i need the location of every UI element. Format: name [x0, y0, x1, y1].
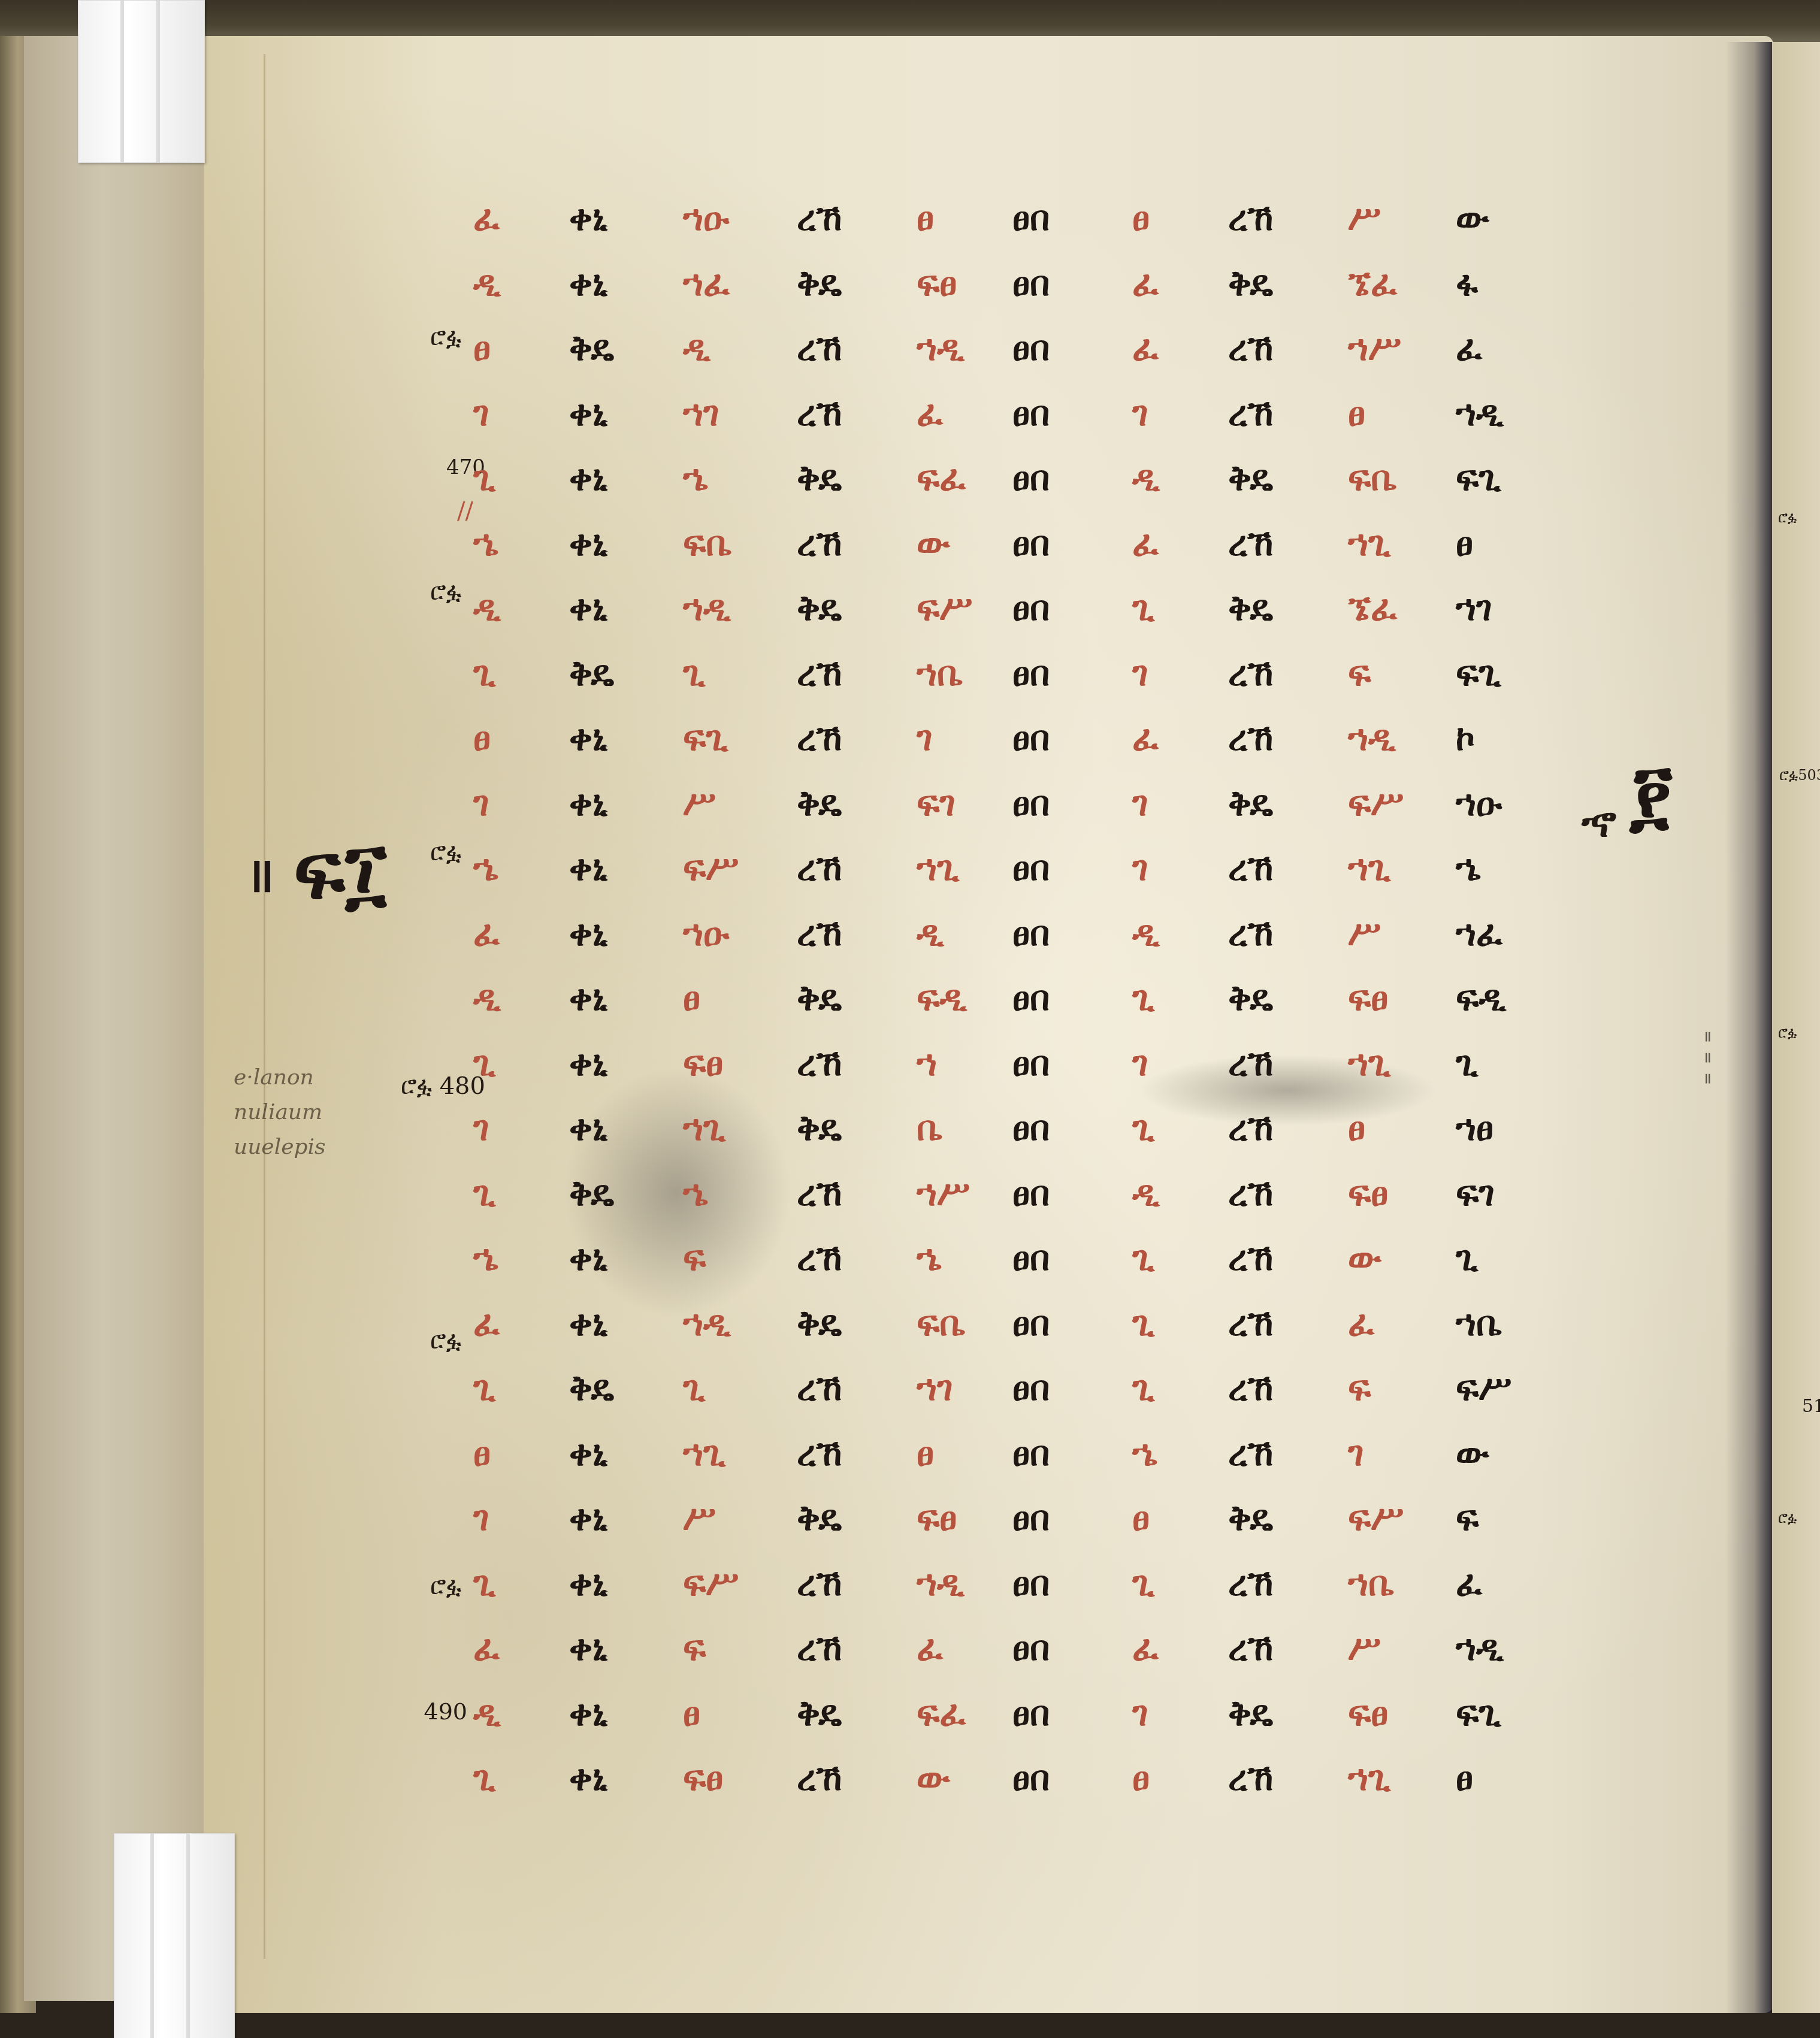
rubric-cell: ኀጊ: [1348, 1046, 1456, 1081]
rubric-cell: ፍፈ: [917, 461, 1012, 495]
black-ink-cell: ቅዴ: [797, 266, 917, 301]
black-ink-cell: ረኸ: [797, 721, 917, 755]
black-ink-cell: ረኸ: [1228, 1436, 1348, 1471]
rubric-cell: ዲ: [1132, 916, 1228, 951]
marginal-note: ሮፏ: [1778, 1024, 1797, 1041]
rubric-cell: ሥ: [683, 1501, 797, 1535]
black-ink-cell: ፍዲ: [1456, 981, 1552, 1015]
rubric-cell: ፀ: [1348, 396, 1456, 431]
black-ink-cell: ረኸ: [1228, 1566, 1348, 1601]
rubric-cell: ዲ: [683, 331, 797, 365]
rubric-cell: ፈ: [1132, 266, 1228, 301]
rubric-cell: ፀ: [917, 1436, 1012, 1471]
black-ink-cell: ፀበ: [1012, 1436, 1132, 1471]
rubric-cell: ፀ: [473, 721, 569, 755]
rubric-cell: ገ: [1348, 1436, 1456, 1471]
rubric-cell: ኄ: [1132, 1436, 1228, 1471]
black-ink-cell: ረኸ: [797, 1241, 917, 1275]
rubric-cell: ኀጊ: [683, 1111, 797, 1145]
table-row: ጊቅዴኄረኸኀሥፀበዲረኸፍፀፍገ: [473, 1161, 1612, 1226]
rubric-cell: ፀ: [473, 1436, 569, 1471]
black-ink-cell: ኀዲ: [1456, 396, 1552, 431]
rubric-cell: ኀዲ: [917, 1566, 1012, 1601]
gutter-shadow: [1725, 42, 1773, 2013]
black-ink-cell: ረኸ: [1228, 721, 1348, 755]
black-ink-cell: ፀበ: [1012, 721, 1132, 755]
rubric-cell: ፍሥ: [1348, 1501, 1456, 1535]
black-ink-cell: ቅዴ: [797, 461, 917, 495]
margin-number: 470: [395, 455, 485, 479]
rubric-cell: ሥ: [1348, 916, 1456, 951]
rubric-cell: ኀፈ: [683, 266, 797, 301]
black-ink-cell: ረኸ: [1228, 526, 1348, 561]
black-ink-cell: ፀበ: [1012, 396, 1132, 431]
black-ink-cell: ፀበ: [1012, 1046, 1132, 1081]
black-ink-cell: ረኸ: [797, 851, 917, 885]
black-ink-cell: ረኸ: [1228, 201, 1348, 235]
table-row: ዲቀኒኀዲቅዴፍሥፀበጊቅዴኜፈኀገ: [473, 576, 1612, 641]
table-row: ገቀኒኀጊቅዴቤፀበጊረኸፀኀፀ: [473, 1096, 1612, 1161]
rubric-cell: ፀ: [1132, 1761, 1228, 1795]
black-ink-cell: ቅዴ: [797, 1306, 917, 1341]
black-ink-cell: ኀፀ: [1456, 1111, 1552, 1145]
table-row: ዲቀኒፀቅዴፍፈፀበገቅዴፍፀፍጊ: [473, 1681, 1612, 1746]
table-row: ጊቀኒኄቅዴፍፈፀበዲቅዴፍቤፍጊ: [473, 446, 1612, 511]
black-ink-cell: ረኸ: [1228, 851, 1348, 885]
black-ink-cell: ቅዴ: [1228, 1501, 1348, 1535]
rubric-cell: ኀጊ: [1348, 851, 1456, 885]
rubric-cell: ኄ: [683, 461, 797, 495]
rubric-cell: ጊ: [1132, 1241, 1228, 1275]
rubric-cell: ፍቤ: [1348, 461, 1456, 495]
black-ink-cell: ው: [1456, 201, 1552, 235]
marginal-note: ሮፏ: [1778, 509, 1797, 526]
rubric-cell: ኀጊ: [1348, 1761, 1456, 1795]
rubric-cell: ው: [917, 1761, 1012, 1795]
black-ink-cell: ረኸ: [797, 331, 917, 365]
black-ink-cell: ፀበ: [1012, 266, 1132, 301]
rubric-cell: ገ: [1132, 396, 1228, 431]
black-ink-cell: ቅዴ: [797, 1111, 917, 1145]
black-ink-cell: ቅዴ: [797, 591, 917, 625]
black-ink-cell: ቅዴ: [1228, 266, 1348, 301]
mounting-tape: [114, 1833, 235, 2038]
rubric-cell: ፈ: [1132, 331, 1228, 365]
rubric-cell: ኄ: [473, 851, 569, 885]
black-ink-cell: ረኸ: [797, 656, 917, 691]
rubric-cell: ዲ: [473, 591, 569, 625]
black-ink-cell: ፀ: [1456, 526, 1552, 561]
rubric-cell: ፈ: [1132, 721, 1228, 755]
rubric-cell: ዲ: [1132, 1176, 1228, 1211]
table-row: ኄቀኒፍሥረኸኀጊፀበገረኸኀጊኄ: [473, 836, 1612, 901]
rubric-cell: ጊ: [473, 1176, 569, 1211]
rubric-cell: ፈ: [473, 916, 569, 951]
rubric-cell: ኄ: [473, 1241, 569, 1275]
marginal-big-numeral: ፻: [1629, 755, 1673, 833]
black-ink-cell: ፀበ: [1012, 461, 1132, 495]
rubric-cell: ው: [1348, 1241, 1456, 1275]
rubric-cell: ፈ: [473, 1631, 569, 1665]
rubric-cell: ፍቤ: [917, 1306, 1012, 1341]
black-ink-cell: ቀኒ: [569, 266, 683, 301]
black-ink-cell: ኮ: [1456, 721, 1552, 755]
rubric-cell: ፍገ: [917, 786, 1012, 821]
black-ink-cell: ቀኒ: [569, 1306, 683, 1341]
rubric-cell: ፀ: [683, 1696, 797, 1731]
rubric-cell: ፈ: [1348, 1306, 1456, 1341]
rubric-cell: ጊ: [1132, 1371, 1228, 1405]
black-ink-cell: ጊ: [1456, 1046, 1552, 1081]
black-ink-cell: ፀበ: [1012, 851, 1132, 885]
rubric-cell: ጊ: [473, 1371, 569, 1405]
black-ink-cell: ቅዴ: [1228, 786, 1348, 821]
black-ink-cell: ፀበ: [1012, 1306, 1132, 1341]
black-ink-cell: ፀበ: [1012, 526, 1132, 561]
table-row: ኄቀኒፍረኸኄፀበጊረኸውጊ: [473, 1226, 1612, 1291]
margin-label: ሮፏ: [371, 1573, 461, 1600]
rubric-cell: ፍፀ: [1348, 1176, 1456, 1211]
black-ink-cell: ረኸ: [797, 1566, 917, 1601]
rubric-cell: ኀጊ: [917, 851, 1012, 885]
rubric-cell: ዲ: [1132, 461, 1228, 495]
table-row: ገቀኒሥቅዴፍገፀበገቅዴፍሥኀዑ: [473, 771, 1612, 836]
black-ink-cell: ኀፈ: [1456, 916, 1552, 951]
black-ink-cell: ረኸ: [797, 396, 917, 431]
black-ink-cell: ቀኒ: [569, 1241, 683, 1275]
black-ink-cell: ፀበ: [1012, 1176, 1132, 1211]
rubric-cell: ፈ: [1132, 526, 1228, 561]
black-ink-cell: ፍሥ: [1456, 1371, 1552, 1405]
rubric-cell: ገ: [1132, 656, 1228, 691]
rubric-cell: ኀሥ: [1348, 331, 1456, 365]
rubric-cell: ጊ: [473, 656, 569, 691]
margin-label: ሮፏ 480: [395, 1072, 485, 1100]
black-ink-cell: ረኸ: [797, 1631, 917, 1665]
rubric-cell: ፈ: [1132, 1631, 1228, 1665]
table-row: ጊቅዴጊረኸኀገፀበጊረኸፍፍሥ: [473, 1356, 1612, 1421]
black-ink-cell: ፀበ: [1012, 786, 1132, 821]
rubric-cell: ፀ: [1132, 201, 1228, 235]
rubric-cell: ፀ: [917, 201, 1012, 235]
black-ink-cell: ፍጊ: [1456, 656, 1552, 691]
black-ink-cell: ፀበ: [1012, 1631, 1132, 1665]
black-ink-cell: ቅዴ: [1228, 1696, 1348, 1731]
rubric-cell: ፍፀ: [917, 1501, 1012, 1535]
marginal-note: ሮፏ503: [1779, 767, 1820, 784]
black-ink-cell: ረኸ: [1228, 916, 1348, 951]
rubric-cell: ኀገ: [917, 1371, 1012, 1405]
margin-ticks: //: [383, 497, 473, 525]
black-ink-cell: ረኸ: [1228, 1046, 1348, 1081]
rubric-cell: ጊ: [1132, 591, 1228, 625]
black-ink-cell: ረኸ: [1228, 1306, 1348, 1341]
black-ink-cell: ፈ: [1456, 331, 1552, 365]
black-ink-cell: ረኸ: [797, 526, 917, 561]
marginal-big-numeral: ፍ፲: [294, 833, 386, 911]
black-ink-cell: ቀኒ: [569, 1501, 683, 1535]
rubric-cell: ጊ: [1132, 1306, 1228, 1341]
rubric-cell: ፍ: [683, 1631, 797, 1665]
black-ink-cell: ቅዴ: [569, 656, 683, 691]
rubric-cell: ሥ: [1348, 201, 1456, 235]
black-ink-cell: ፋ: [1456, 266, 1552, 301]
marginal-note: ሮፏ: [1778, 1510, 1797, 1526]
rubric-cell: ጊ: [683, 656, 797, 691]
black-ink-cell: ቅዴ: [569, 331, 683, 365]
rubric-cell: ኀዲ: [683, 591, 797, 625]
table-row: ፈቀኒኀዑረኸፀፀበፀረኸሥው: [473, 186, 1612, 251]
black-ink-cell: ረኸ: [797, 916, 917, 951]
latin-marginal-note: e·lanon nuliaum uuelepis: [234, 1060, 371, 1165]
black-ink-cell: ቀኒ: [569, 721, 683, 755]
black-ink-cell: ፍጊ: [1456, 461, 1552, 495]
rubric-cell: ገ: [1132, 786, 1228, 821]
black-ink-cell: ረኸ: [797, 1371, 917, 1405]
black-ink-cell: ቅዴ: [569, 1176, 683, 1211]
rubric-cell: ኀሥ: [917, 1176, 1012, 1211]
black-ink-cell: ረኸ: [1228, 1176, 1348, 1211]
black-ink-cell: ፈ: [1456, 1566, 1552, 1601]
rubric-cell: ገ: [473, 396, 569, 431]
black-ink-cell: ረኸ: [797, 1436, 917, 1471]
black-ink-cell: ኀዲ: [1456, 1631, 1552, 1665]
black-ink-cell: ቀኒ: [569, 1111, 683, 1145]
rubric-cell: ጊ: [473, 461, 569, 495]
rubric-cell: ፈ: [473, 201, 569, 235]
rubric-cell: ኀዑ: [683, 201, 797, 235]
black-ink-cell: ቅዴ: [1228, 461, 1348, 495]
mounting-tape: [78, 0, 205, 163]
margin-number: 490: [377, 1698, 467, 1725]
rubric-cell: ዲ: [473, 981, 569, 1015]
rubric-cell: ጊ: [1132, 981, 1228, 1015]
rubric-cell: ፈ: [917, 396, 1012, 431]
black-ink-cell: ረኸ: [797, 201, 917, 235]
rubric-cell: ገ: [473, 1111, 569, 1145]
rubric-cell: ፍሥ: [1348, 786, 1456, 821]
black-ink-cell: ረኸ: [1228, 1241, 1348, 1275]
black-ink-cell: ረኸ: [797, 1176, 917, 1211]
rubric-cell: ዲ: [917, 916, 1012, 951]
black-ink-cell: ፀበ: [1012, 1566, 1132, 1601]
black-ink-cell: ቅዴ: [797, 786, 917, 821]
black-ink-cell: ፍገ: [1456, 1176, 1552, 1211]
rubric-cell: ገ: [473, 1501, 569, 1535]
rubric-cell: ፍ: [1348, 1371, 1456, 1405]
rubric-cell: ፀ: [683, 981, 797, 1015]
black-ink-cell: ቀኒ: [569, 526, 683, 561]
table-row: ፀቀኒፍጊረኸገፀበፈረኸኀዲኮ: [473, 706, 1612, 771]
table-row: ዲቀኒፀቅዴፍዲፀበጊቅዴፍፀፍዲ: [473, 966, 1612, 1031]
next-folio-edge: ሮፏ503 ሮፏ ሮፏ 510 ሮፏ: [1772, 42, 1820, 2013]
rubric-cell: ጊ: [473, 1566, 569, 1601]
black-ink-cell: ቅዴ: [797, 1501, 917, 1535]
black-ink-cell: ረኸ: [1228, 1631, 1348, 1665]
black-ink-cell: ረኸ: [1228, 656, 1348, 691]
rubric-cell: ኀቤ: [1348, 1566, 1456, 1601]
rubric-cell: ፍሥ: [683, 1566, 797, 1601]
black-ink-cell: ቅዴ: [1228, 981, 1348, 1015]
black-ink-cell: ቀኒ: [569, 981, 683, 1015]
table-row: ፈቀኒኀዑረኸዲፀበዲረኸሥኀፈ: [473, 901, 1612, 966]
rubric-cell: ጊ: [473, 1761, 569, 1795]
rubric-cell: ገ: [917, 721, 1012, 755]
table-row: ገቀኒኀገረኸፈፀበገረኸፀኀዲ: [473, 381, 1612, 446]
black-ink-cell: ቀኒ: [569, 1696, 683, 1731]
rubric-cell: ኀዑ: [683, 916, 797, 951]
black-ink-cell: ቀኒ: [569, 1761, 683, 1795]
rubric-cell: ፀ: [1132, 1501, 1228, 1535]
black-ink-cell: ቀኒ: [569, 1436, 683, 1471]
table-row: ፀቀኒኀጊረኸፀፀበኄረኸገው: [473, 1421, 1612, 1486]
rubric-cell: ፈ: [917, 1631, 1012, 1665]
rubric-cell: ሥ: [683, 786, 797, 821]
rubric-cell: ፍዲ: [917, 981, 1012, 1015]
rubric-cell: ፍፀ: [683, 1761, 797, 1795]
marginal-number: 510: [1802, 1396, 1820, 1417]
black-ink-cell: ፀበ: [1012, 656, 1132, 691]
black-ink-cell: ኀገ: [1456, 591, 1552, 625]
marginal-dashes: ⁼ ⁼ ⁼: [1689, 1030, 1718, 1085]
rubric-cell: ኀ: [917, 1046, 1012, 1081]
rubric-cell: ቤ: [917, 1111, 1012, 1145]
rubric-cell: ፍሥ: [917, 591, 1012, 625]
rubric-cell: ጊ: [1132, 1111, 1228, 1145]
table-row: ፀቅዴዲረኸኀዲፀበፈረኸኀሥፈ: [473, 316, 1612, 381]
table-row: ጊቅዴጊረኸኀቤፀበገረኸፍፍጊ: [473, 641, 1612, 706]
black-ink-cell: ቀኒ: [569, 851, 683, 885]
black-ink-cell: ቅዴ: [1228, 591, 1348, 625]
rubric-cell: ዲ: [473, 1696, 569, 1731]
rubric-cell: ው: [917, 526, 1012, 561]
black-ink-cell: ፀበ: [1012, 981, 1132, 1015]
black-ink-cell: ቀኒ: [569, 1046, 683, 1081]
black-ink-cell: ፀበ: [1012, 331, 1132, 365]
rubric-cell: ገ: [1132, 1046, 1228, 1081]
black-ink-cell: ቀኒ: [569, 1566, 683, 1601]
table-row: ፈቀኒኀዲቅዴፍቤፀበጊረኸፈኀቤ: [473, 1291, 1612, 1356]
rubric-cell: ፍጊ: [683, 721, 797, 755]
margin-label: ሮፏ: [371, 323, 461, 351]
black-ink-cell: ፀበ: [1012, 1696, 1132, 1731]
computus-table: ፈቀኒኀዑረኸፀፀበፀረኸሥውዲቀኒኀፈቅዴፍፀፀበፈቅዴኜፈፋፀቅዴዲረኸኀዲ…: [473, 186, 1612, 1811]
black-ink-cell: ረኸ: [1228, 1371, 1348, 1405]
black-ink-cell: ፀበ: [1012, 916, 1132, 951]
rubric-cell: ኄ: [917, 1241, 1012, 1275]
ruling-line: [264, 54, 265, 1959]
black-ink-cell: ፀበ: [1012, 591, 1132, 625]
black-ink-cell: ቅዴ: [797, 1696, 917, 1731]
black-ink-cell: ረኸ: [1228, 331, 1348, 365]
rubric-cell: ፀ: [473, 331, 569, 365]
black-ink-cell: ኀቤ: [1456, 1306, 1552, 1341]
rubric-cell: ፍፀ: [1348, 981, 1456, 1015]
black-ink-cell: ፀበ: [1012, 1111, 1132, 1145]
rubric-cell: ፍቤ: [683, 526, 797, 561]
rubric-cell: ኀቤ: [917, 656, 1012, 691]
black-ink-cell: ቅዴ: [797, 981, 917, 1015]
table-row: ፈቀኒፍረኸፈፀበፈረኸሥኀዲ: [473, 1616, 1612, 1681]
rubric-cell: ፍፀ: [917, 266, 1012, 301]
rubric-cell: ኜፈ: [1348, 266, 1456, 301]
black-ink-cell: ፀበ: [1012, 1501, 1132, 1535]
rubric-cell: ፀ: [1348, 1111, 1456, 1145]
black-ink-cell: ቀኒ: [569, 1631, 683, 1665]
black-ink-cell: ቀኒ: [569, 396, 683, 431]
rubric-cell: ፍሥ: [683, 851, 797, 885]
rubric-cell: ጊ: [683, 1371, 797, 1405]
black-ink-cell: ረኸ: [1228, 1761, 1348, 1795]
black-ink-cell: ረኸ: [1228, 396, 1348, 431]
rubric-cell: ፍፀ: [683, 1046, 797, 1081]
rubric-cell: ፍ: [683, 1241, 797, 1275]
black-ink-cell: ፍ: [1456, 1501, 1552, 1535]
black-ink-cell: ቅዴ: [569, 1371, 683, 1405]
black-ink-cell: ቀኒ: [569, 201, 683, 235]
guard-strip: [24, 36, 223, 2001]
rubric-cell: ፍ: [1348, 656, 1456, 691]
rubric-cell: ኜፈ: [1348, 591, 1456, 625]
black-ink-cell: ፀበ: [1012, 1371, 1132, 1405]
table-row: ዲቀኒኀፈቅዴፍፀፀበፈቅዴኜፈፋ: [473, 251, 1612, 316]
black-ink-cell: ቀኒ: [569, 461, 683, 495]
rubric-cell: ፍፈ: [917, 1696, 1012, 1731]
black-ink-cell: ረኸ: [797, 1046, 917, 1081]
rubric-cell: ኀዲ: [1348, 721, 1456, 755]
table-row: ጊቀኒፍሥረኸኀዲፀበጊረኸኀቤፈ: [473, 1551, 1612, 1616]
black-ink-cell: ፀበ: [1012, 1241, 1132, 1275]
black-ink-cell: ኀዑ: [1456, 786, 1552, 821]
table-row: ገቀኒሥቅዴፍፀፀበፀቅዴፍሥፍ: [473, 1486, 1612, 1551]
rubric-cell: ጊ: [473, 1046, 569, 1081]
black-ink-cell: ፍጊ: [1456, 1696, 1552, 1731]
black-ink-cell: ቀኒ: [569, 591, 683, 625]
black-ink-cell: ኄ: [1456, 851, 1552, 885]
rubric-cell: ዲ: [473, 266, 569, 301]
black-ink-cell: ፀበ: [1012, 1761, 1132, 1795]
rubric-cell: ኄ: [683, 1176, 797, 1211]
black-ink-cell: ጊ: [1456, 1241, 1552, 1275]
rubric-cell: ገ: [1132, 1696, 1228, 1731]
marginal-double-bar: ॥: [246, 851, 274, 899]
black-ink-cell: ረኸ: [797, 1761, 917, 1795]
black-ink-cell: ው: [1456, 1436, 1552, 1471]
rubric-cell: ኀጊ: [683, 1436, 797, 1471]
rubric-cell: ኀዲ: [917, 331, 1012, 365]
rubric-cell: ገ: [1132, 851, 1228, 885]
black-ink-cell: ረኸ: [1228, 1111, 1348, 1145]
rubric-cell: ኀገ: [683, 396, 797, 431]
rubric-cell: ጊ: [1132, 1566, 1228, 1601]
rubric-cell: ፈ: [473, 1306, 569, 1341]
rubric-cell: ሥ: [1348, 1631, 1456, 1665]
table-row: ጊቀኒፍፀረኸውፀበፀረኸኀጊፀ: [473, 1746, 1612, 1811]
black-ink-cell: ቀኒ: [569, 786, 683, 821]
black-ink-cell: ቀኒ: [569, 916, 683, 951]
rubric-cell: ኀጊ: [1348, 526, 1456, 561]
table-row: ኄቀኒፍቤረኸውፀበፈረኸኀጊፀ: [473, 511, 1612, 576]
rubric-cell: ኀዲ: [683, 1306, 797, 1341]
black-ink-cell: ፀ: [1456, 1761, 1552, 1795]
rubric-cell: ኄ: [473, 526, 569, 561]
margin-label: ሮፏ: [371, 578, 461, 606]
table-row: ጊቀኒፍፀረኸኀፀበገረኸኀጊጊ: [473, 1031, 1612, 1096]
margin-label: ሮፏ: [371, 1327, 461, 1354]
black-ink-cell: ፀበ: [1012, 201, 1132, 235]
rubric-cell: ፍፀ: [1348, 1696, 1456, 1731]
rubric-cell: ገ: [473, 786, 569, 821]
